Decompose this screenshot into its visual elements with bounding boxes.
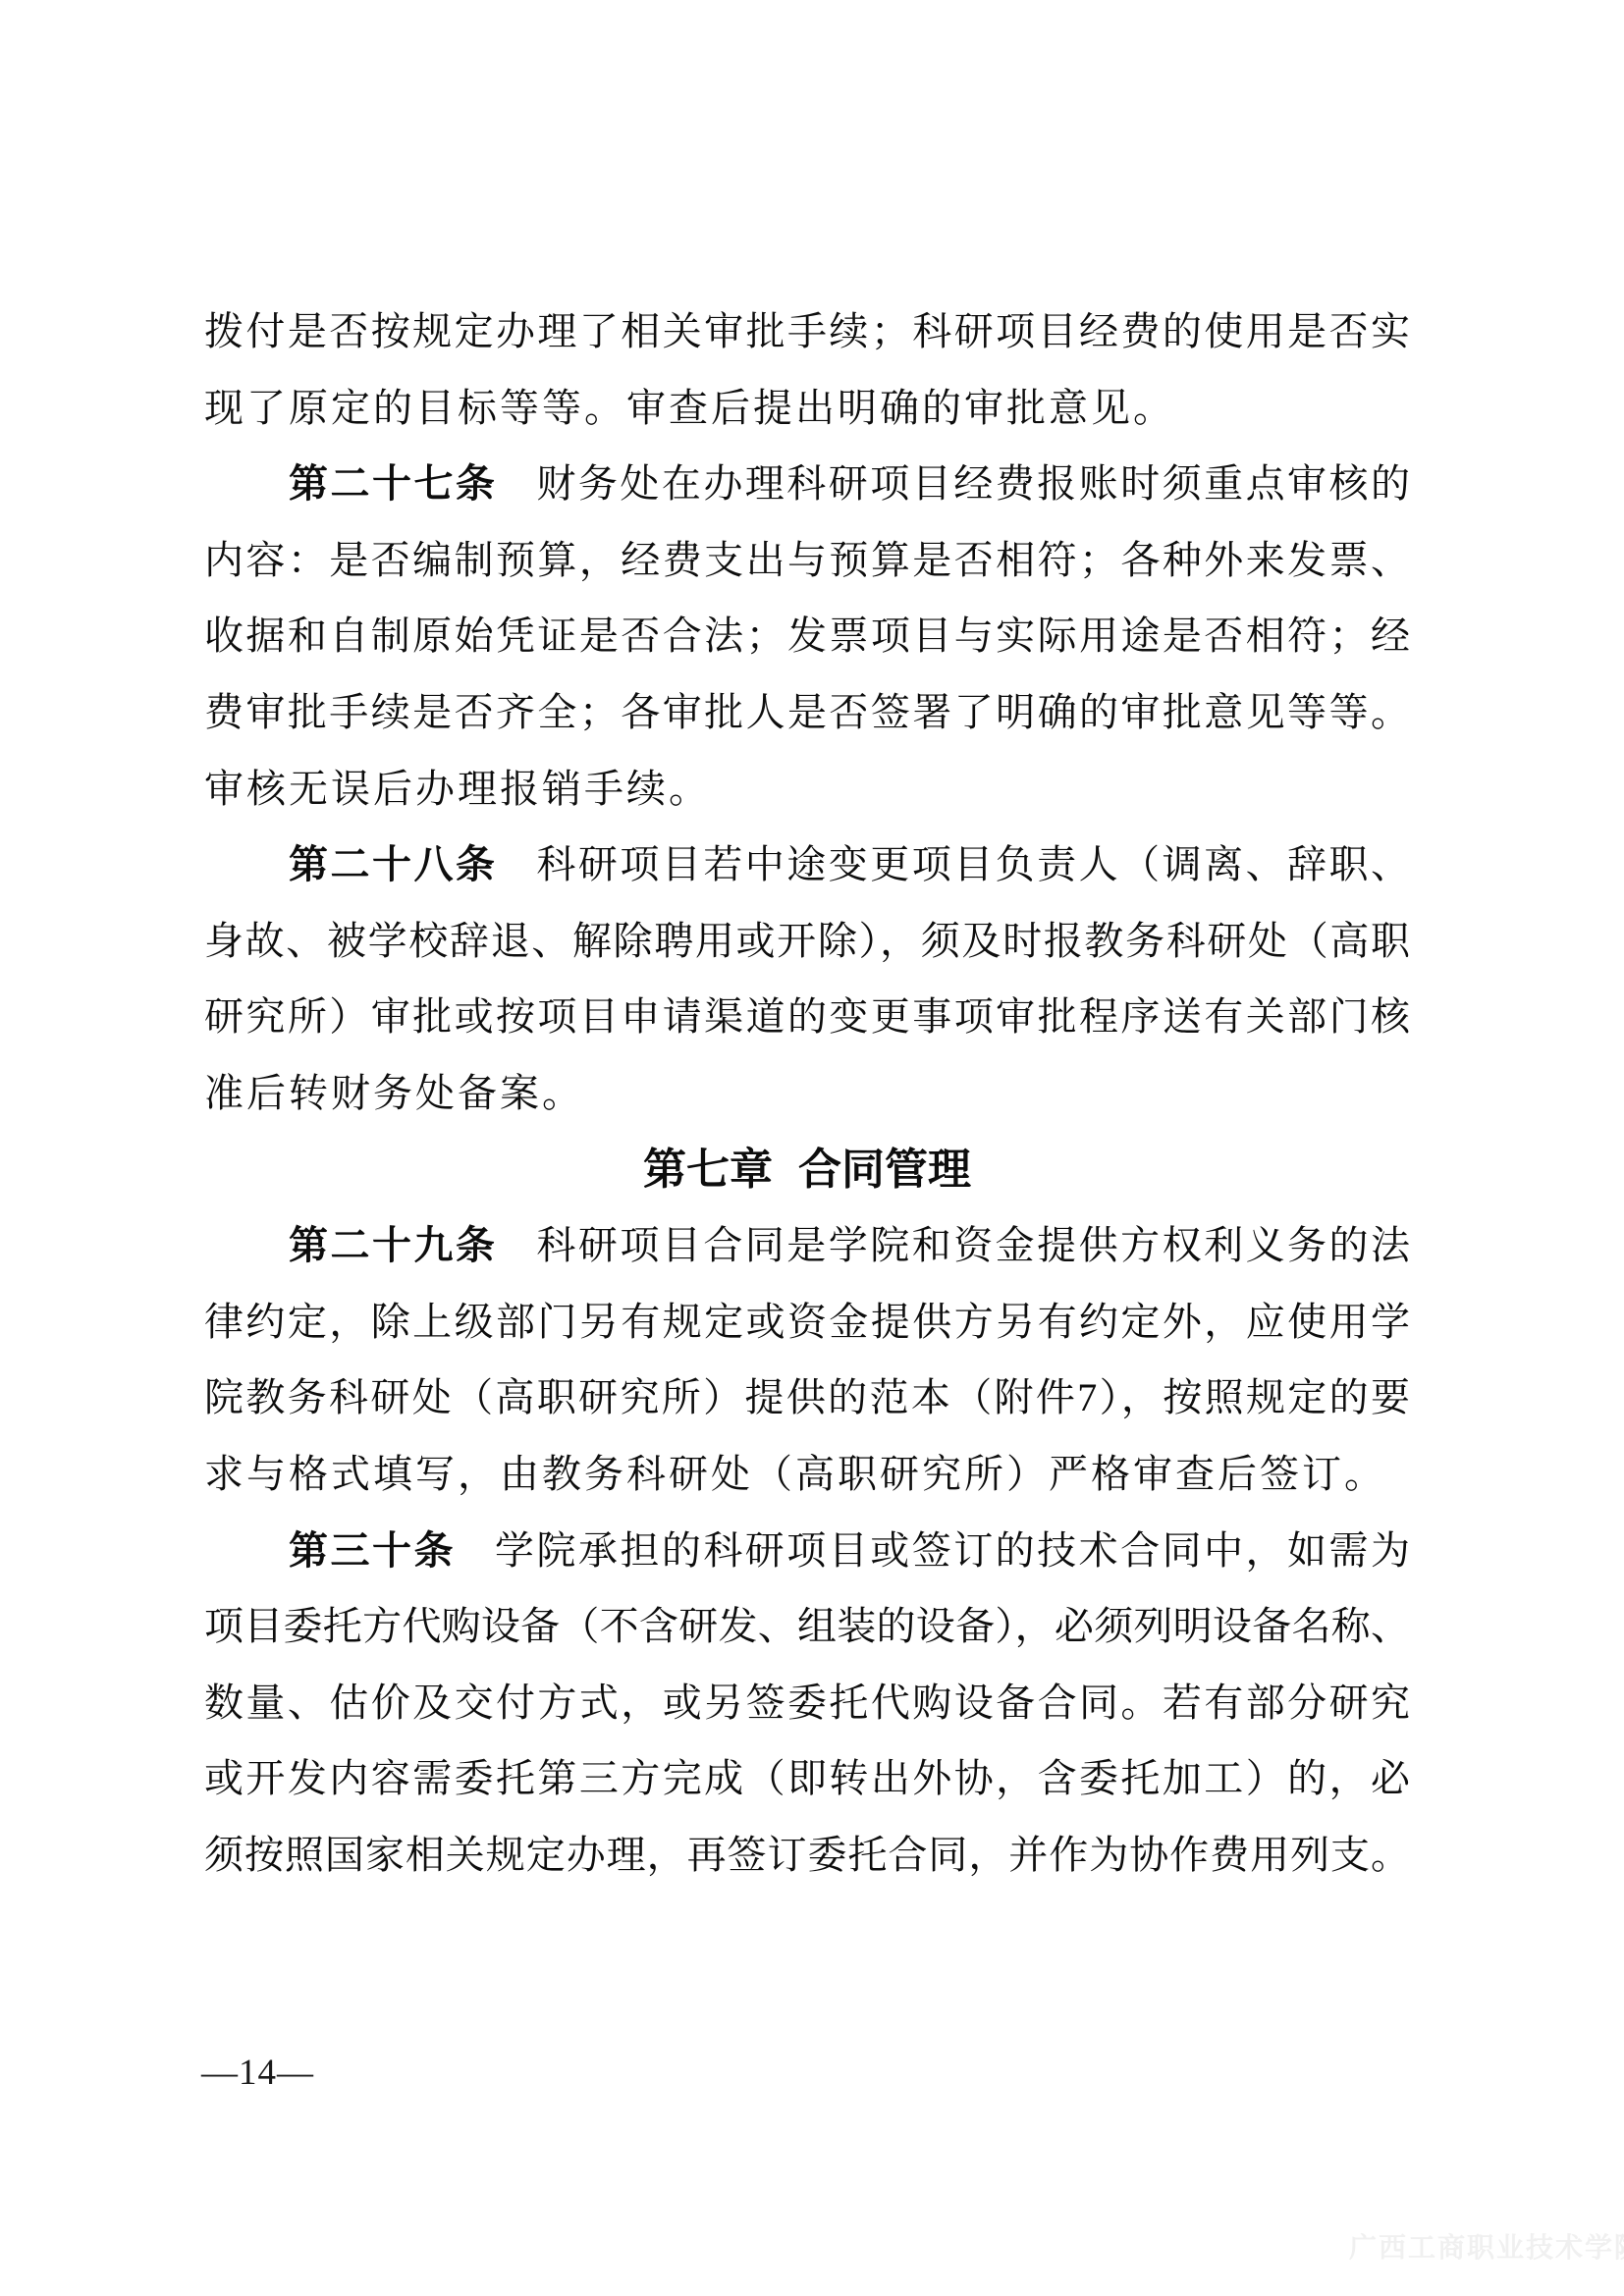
text-line: 拨付是否按规定办理了相关审批手续；科研项目经费的使用是否实 [204,294,1410,370]
text-line-article-28: 第二十八条科研项目若中途变更项目负责人（调离、辞职、 [204,827,1410,903]
body-text: 费审批手续是否齐全；各审批人是否签署了明确的审批意见等等。 [204,690,1410,734]
text-line: 现了原定的目标等等。审查后提出明确的审批意见。 [204,370,1410,447]
body-text: 求与格式填写，由教务科研处（高职研究所）严格审查后签订。 [204,1452,1386,1496]
text-line: 求与格式填写，由教务科研处（高职研究所）严格审查后签订。 [204,1436,1410,1513]
text-line-article-30: 第三十条学院承担的科研项目或签订的技术合同中，如需为 [204,1513,1410,1589]
body-text: 研究所）审批或按项目申请渠道的变更事项审批程序送有关部门核 [204,994,1410,1039]
chapter-title: 合同管理 [798,1146,971,1194]
article-number: 第二十九条 [289,1224,497,1267]
body-text: 学院承担的科研项目或签订的技术合同中，如需为 [495,1528,1410,1573]
body-text: 身故、被学校辞退、解除聘用或开除），须及时报教务科研处（高职 [204,919,1410,963]
watermark: 广西工商职业技术学院 [1349,2232,1624,2266]
text-line: 或开发内容需委托第三方完成（即转出外协，含委托加工）的，必 [204,1740,1410,1817]
text-line-article-29: 第二十九条科研项目合同是学院和资金提供方权利义务的法 [204,1207,1410,1284]
article-number: 第三十条 [289,1529,456,1573]
text-line: 须按照国家相关规定办理，再签订委托合同，并作为协作费用列支。 [204,1817,1410,1894]
article-number: 第二十八条 [289,843,497,886]
article-number: 第二十七条 [289,462,497,506]
text-line: 费审批手续是否齐全；各审批人是否签署了明确的审批意见等等。 [204,674,1410,751]
body-text: 拨付是否按规定办理了相关审批手续；科研项目经费的使用是否实 [204,309,1410,353]
text-line: 审核无误后办理报销手续。 [204,751,1410,828]
body-text: 收据和自制原始凭证是否合法；发票项目与实际用途是否相符；经 [204,614,1410,658]
body-text: 律约定，除上级部门另有规定或资金提供方另有约定外，应使用学 [204,1300,1410,1344]
text-line: 收据和自制原始凭证是否合法；发票项目与实际用途是否相符；经 [204,598,1410,674]
body-text: 审核无误后办理报销手续。 [204,767,711,811]
body-text: 内容：是否编制预算，经费支出与预算是否相符；各种外来发票、 [204,538,1410,582]
body-text: 准后转财务处备案。 [204,1071,584,1115]
text-line: 院教务科研处（高职研究所）提供的范本（附件7），按照规定的要 [204,1360,1410,1436]
text-line-article-27: 第二十七条财务处在办理科研项目经费报账时须重点审核的 [204,446,1410,522]
text-line: 内容：是否编制预算，经费支出与预算是否相符；各种外来发票、 [204,522,1410,599]
body-text: 或开发内容需委托第三方完成（即转出外协，含委托加工）的，必 [204,1756,1410,1800]
text-line: 身故、被学校辞退、解除聘用或开除），须及时报教务科研处（高职 [204,903,1410,980]
chapter-number: 第七章 [643,1146,773,1194]
text-line: 项目委托方代购设备（不含研发、组装的设备），必须列明设备名称、 [204,1588,1410,1665]
page-number: —14— [201,2052,314,2095]
body-text: 科研项目合同是学院和资金提供方权利义务的法 [536,1223,1410,1267]
text-line: 研究所）审批或按项目申请渠道的变更事项审批程序送有关部门核 [204,979,1410,1055]
body-text: 现了原定的目标等等。审查后提出明确的审批意见。 [204,386,1175,430]
text-line: 律约定，除上级部门另有规定或资金提供方另有约定外，应使用学 [204,1284,1410,1361]
text-line: 数量、估价及交付方式，或另签委托代购设备合同。若有部分研究 [204,1665,1410,1741]
body-text: 项目委托方代购设备（不含研发、组装的设备），必须列明设备名称、 [204,1604,1410,1648]
document-page: 拨付是否按规定办理了相关审批手续；科研项目经费的使用是否实 现了原定的目标等等。… [0,0,1624,2296]
body-text: 科研项目若中途变更项目负责人（调离、辞职、 [536,842,1410,886]
body-text: 须按照国家相关规定办理，再签订委托合同，并作为协作费用列支。 [204,1833,1410,1877]
body-text: 财务处在办理科研项目经费报账时须重点审核的 [536,461,1410,506]
body-text: 院教务科研处（高职研究所）提供的范本（附件7），按照规定的要 [204,1375,1410,1419]
text-line: 准后转财务处备案。 [204,1055,1410,1132]
text-block: 拨付是否按规定办理了相关审批手续；科研项目经费的使用是否实 现了原定的目标等等。… [204,294,1410,1893]
body-text: 数量、估价及交付方式，或另签委托代购设备合同。若有部分研究 [204,1681,1410,1725]
chapter-heading: 第七章合同管理 [204,1132,1410,1208]
